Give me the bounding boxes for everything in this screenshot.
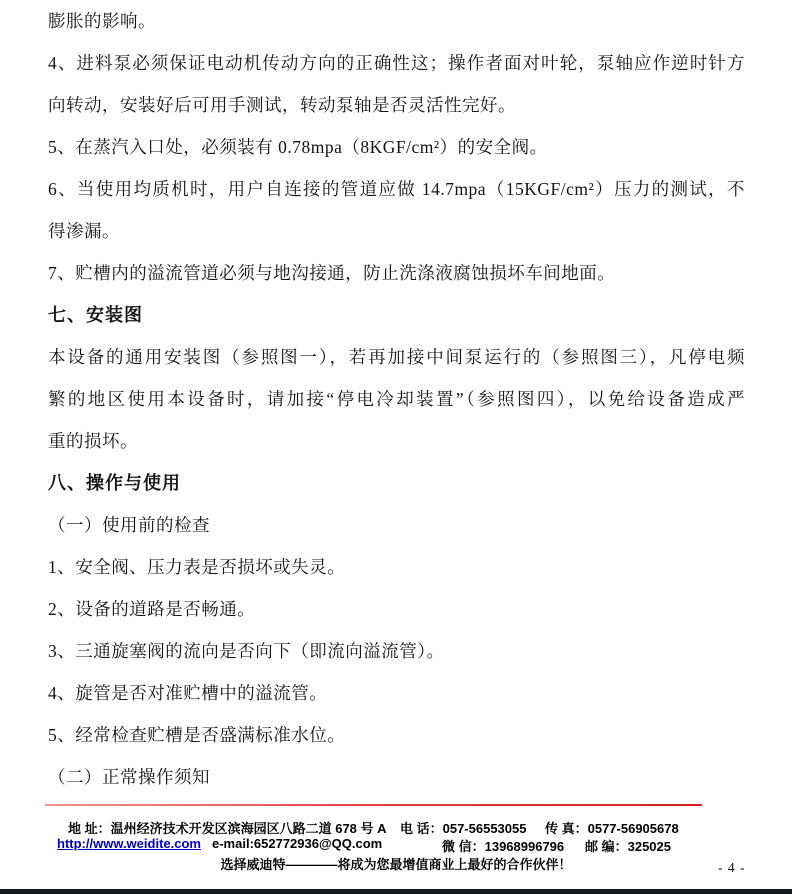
window-bottom-edge — [0, 889, 792, 894]
paragraph-line: 膨胀的影响。 — [48, 0, 745, 42]
paragraph-line: 6、当使用均质机时，用户自连接的管道应做 14.7mpa（15KGF/cm²）压… — [48, 168, 745, 210]
paragraph-line: 向转动，安装好后可用手测试，转动泵轴是否灵活性完好。 — [48, 84, 745, 126]
list-item: 5、经常检查贮槽是否盛满标准水位。 — [48, 714, 745, 756]
paragraph-line: 重的损坏。 — [48, 420, 745, 462]
footer-phone: 电 话：057-56553055 — [400, 818, 526, 837]
section-heading-installation-diagram: 七、安装图 — [48, 294, 745, 336]
paragraph-line: 4、进料泵必须保证电动机传动方向的正确性这；操作者面对叶轮，泵轴应作逆时针方 — [48, 42, 745, 84]
footer-postal-code: 邮 编：325025 — [585, 836, 671, 855]
website-link[interactable]: http://www.weidite.com — [57, 836, 201, 851]
paragraph-line: 本设备的通用安装图（参照图一），若再加接中间泵运行的（参照图三），凡停电频 — [48, 336, 745, 378]
footer-slogan: 选择威迪特————将成为您最增值商业上最好的合作伙伴！ — [0, 854, 792, 873]
footer-fax: 传 真：0577-56905678 — [545, 818, 679, 837]
section-heading-operation-and-use: 八、操作与使用 — [48, 462, 745, 504]
footer-email: e-mail:652772936@QQ.com — [212, 836, 382, 851]
subsection-heading-pre-use-check: （一）使用前的检查 — [48, 504, 745, 546]
list-item: 3、三通旋塞阀的流向是否向下（即流向溢流管）。 — [48, 630, 745, 672]
paragraph-line: 7、贮槽内的溢流管道必须与地沟接通，防止洗涤液腐蚀损坏车间地面。 — [48, 252, 745, 294]
footer-address: 地 址：温州经济技术开发区滨海园区八路二道 678 号 A — [68, 818, 387, 837]
paragraph-line: 得渗漏。 — [48, 210, 745, 252]
paragraph-line: 5、在蒸汽入口处，必须装有 0.78mpa（8KGF/cm²）的安全阀。 — [48, 126, 745, 168]
list-item: 2、设备的道路是否畅通。 — [48, 588, 745, 630]
footer-wechat: 微 信：13968996796 — [442, 836, 564, 855]
footer-divider-line — [45, 804, 702, 806]
document-page: 膨胀的影响。 4、进料泵必须保证电动机传动方向的正确性这；操作者面对叶轮，泵轴应… — [0, 0, 792, 895]
document-body: 膨胀的影响。 4、进料泵必须保证电动机传动方向的正确性这；操作者面对叶轮，泵轴应… — [48, 0, 745, 798]
paragraph-line: 繁的地区使用本设备时，请加接“停电冷却装置”（参照图四），以免给设备造成严 — [48, 378, 745, 420]
subsection-heading-normal-operation: （二）正常操作须知 — [48, 756, 745, 798]
list-item: 4、旋管是否对准贮槽中的溢流管。 — [48, 672, 745, 714]
page-number: - 4 - — [718, 860, 746, 876]
list-item: 1、安全阀、压力表是否损坏或失灵。 — [48, 546, 745, 588]
